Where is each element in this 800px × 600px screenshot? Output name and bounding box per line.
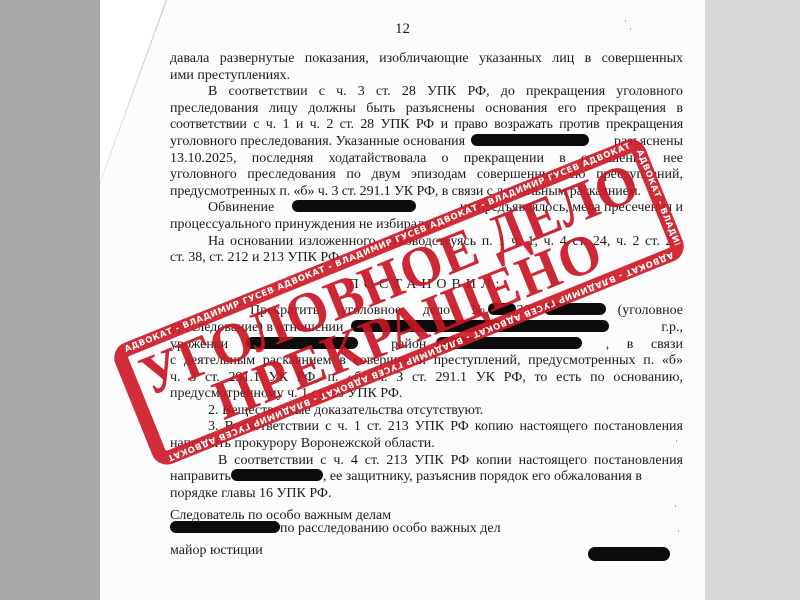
text-line: направить, ее защитнику, разъяснив поряд… xyxy=(170,469,683,486)
text-line: В соответствии с ч. 4 ст. 213 УПК РФ коп… xyxy=(170,453,683,470)
scan-speck xyxy=(676,440,677,442)
page-number: 12 xyxy=(100,21,705,38)
scan-speck xyxy=(625,20,626,22)
text-line: В соответствии с ч. 3 ст. 28 УПК РФ, до … xyxy=(170,84,683,101)
signature-name-redaction xyxy=(588,547,670,561)
scan-speck xyxy=(630,28,631,30)
redaction-bar xyxy=(170,521,280,533)
text-fragment: уголовного преследования. Указанные осно… xyxy=(170,134,465,149)
text-fragment: направить xyxy=(170,469,231,484)
text-line: преследования лицу должны быть разъяснен… xyxy=(170,101,683,118)
text-line: направить прокурору Воронежской области. xyxy=(170,436,683,453)
text-fragment: , в связи xyxy=(606,337,683,354)
background-left xyxy=(0,0,100,600)
background-right xyxy=(705,0,800,600)
text-fragment: Обвинение xyxy=(208,200,274,215)
redaction-bar xyxy=(292,200,416,212)
scan-speck xyxy=(679,465,680,467)
signature-rank: майор юстиции xyxy=(170,543,263,559)
text-line: ими преступлениях. xyxy=(170,68,683,85)
text-line: порядке главы 16 УПК РФ. xyxy=(170,486,683,503)
redaction-bar xyxy=(231,469,323,481)
scan-speck xyxy=(675,505,676,507)
redaction-bar xyxy=(471,134,589,146)
text-fragment: (уголовное xyxy=(618,303,683,320)
text-line: соответствии с ч. 1 и ч. 2 ст. 28 УПК РФ… xyxy=(170,117,683,134)
text-line: давала развернутые показания, изобличающ… xyxy=(170,51,683,68)
scan-speck xyxy=(678,530,679,532)
text-fragment: по расследованию особо важных дел xyxy=(280,521,501,536)
text-fragment: г.р., xyxy=(661,320,683,337)
text-fragment: , ее защитнику, разъяснив порядок его об… xyxy=(323,469,642,484)
signature-department: по расследованию особо важных дел xyxy=(170,521,501,537)
